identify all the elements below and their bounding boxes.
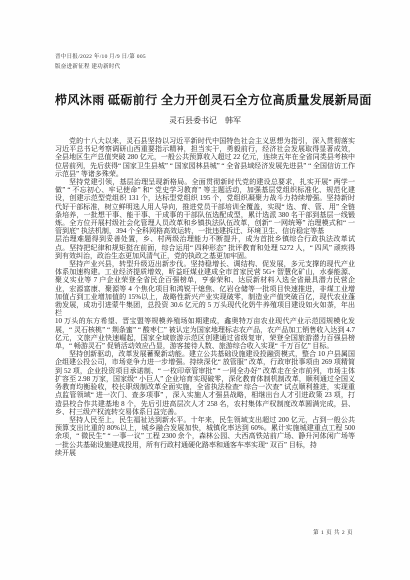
- byline: 灵石县委书记 韩军: [55, 115, 355, 126]
- page-title: 栉风沐雨 砥砺前行 全力开创灵石全方位高质量发展新局面: [55, 91, 355, 108]
- paragraph: 坚持党建引领，基层治理呈现新格局。全面贯彻新时代党的建设总要求，扎实开展“ 两学…: [55, 178, 355, 235]
- page-number: 第 1 页 共 2 页: [313, 528, 353, 536]
- document-page: 晋中日报/2022 年/10 月/9 日/第 005 版奋进新征程 建功新时代 …: [0, 0, 410, 580]
- paragraph: 坚持人民至上，民生福祉达到新水平。十年来，民生领域支出超过 200 亿元，占到一…: [55, 416, 355, 449]
- paragraph: 续开展: [55, 449, 355, 457]
- article-body: 党的十八大以来，灵石县坚持以习近平新时代中国特色社会主义思想为指引，深入贯彻落实…: [55, 137, 355, 457]
- masthead-line-2: 版奋进新征程 建功新时代: [55, 63, 355, 73]
- masthead: 晋中日报/2022 年/10 月/9 日/第 005 版奋进新征程 建功新时代: [55, 53, 355, 72]
- masthead-line-1: 晋中日报/2022 年/10 月/9 日/第 005: [55, 53, 355, 63]
- paragraph: 党的十八大以来，灵石县坚持以习近平新时代中国特色社会主义思想为指引，深入贯彻落实…: [55, 137, 355, 178]
- paragraph: 坚持创新驱动，改革发展蓄聚新动能。建立公共基础设施建设投融资模式，整合 10 户…: [55, 350, 355, 416]
- paragraph: 层治理难题得到妥善处置，乡、村两级治理能力不断提升，成为首批乡镇综合行政执法改革…: [55, 235, 355, 260]
- paragraph: 坚持产业兴县，转型升级迈出新步伐。坚持稳增长、调结构、促发展，多元支撑的现代产业…: [55, 260, 355, 317]
- paragraph: 10 万头的东方希望、晋宝盟等规模养殖场如期建成，鑫奥特万亩农业现代产业示范园规…: [55, 317, 355, 350]
